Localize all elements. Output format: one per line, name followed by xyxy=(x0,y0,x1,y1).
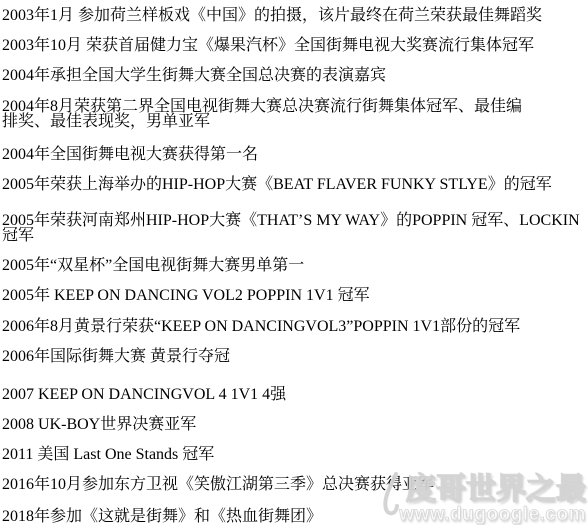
achievement-line: 2005年 KEEP ON DANCING VOL2 POPPIN 1V1 冠军 xyxy=(2,288,586,304)
achievement-line: 2004年全国街舞电视大赛获得第一名 xyxy=(2,147,586,163)
achievement-line: 2003年10月 荣获首届健力宝《爆果汽杯》全国街舞电视大奖赛流行集体冠军 xyxy=(2,38,586,54)
achievement-line: 2005年荣获河南郑州HIP-HOP大赛《THAT’S MY WAY》的POPP… xyxy=(2,213,586,244)
achievement-line: 2018年参加《这就是街舞》和《热血街舞团》 xyxy=(2,509,586,525)
achievement-line: 2016年10月参加东方卫视《笑傲江湖第三季》总决赛获得亚军 xyxy=(2,477,586,493)
achievements-document: 2003年1月 参加荷兰样板戏《中国》的拍摄，该片最终在荷兰荣获最佳舞蹈奖 20… xyxy=(0,0,588,525)
achievement-line: 2005年荣获上海举办的HIP-HOP大赛《BEAT FLAVER FUNKY … xyxy=(2,177,586,193)
achievement-line: 2006年8月黄景行荣获“KEEP ON DANCINGVOL3”POPPIN … xyxy=(2,319,586,335)
achievement-line: 2011 美国 Last One Stands 冠军 xyxy=(2,447,586,463)
achievement-line: 2007 KEEP ON DANCINGVOL 4 1V1 4强 xyxy=(2,387,586,403)
achievement-line: 2005年“双星杯”全国电视街舞大赛男单第一 xyxy=(2,258,586,274)
achievements-list: 2003年1月 参加荷兰样板戏《中国》的拍摄，该片最终在荷兰荣获最佳舞蹈奖 20… xyxy=(0,0,586,524)
achievement-line: 2006年国际街舞大赛 黄景行夺冠 xyxy=(2,349,586,365)
achievement-line: 2004年承担全国大学生街舞大赛全国总决赛的表演嘉宾 xyxy=(2,68,586,84)
achievement-line: 2004年8月荣获第二界全国电视街舞大赛总决赛流行街舞集体冠军、最佳编 排奖、最… xyxy=(2,99,586,130)
achievement-line: 2008 UK-BOY世界决赛亚军 xyxy=(2,417,586,433)
achievement-line: 2003年1月 参加荷兰样板戏《中国》的拍摄，该片最终在荷兰荣获最佳舞蹈奖 xyxy=(2,8,586,24)
